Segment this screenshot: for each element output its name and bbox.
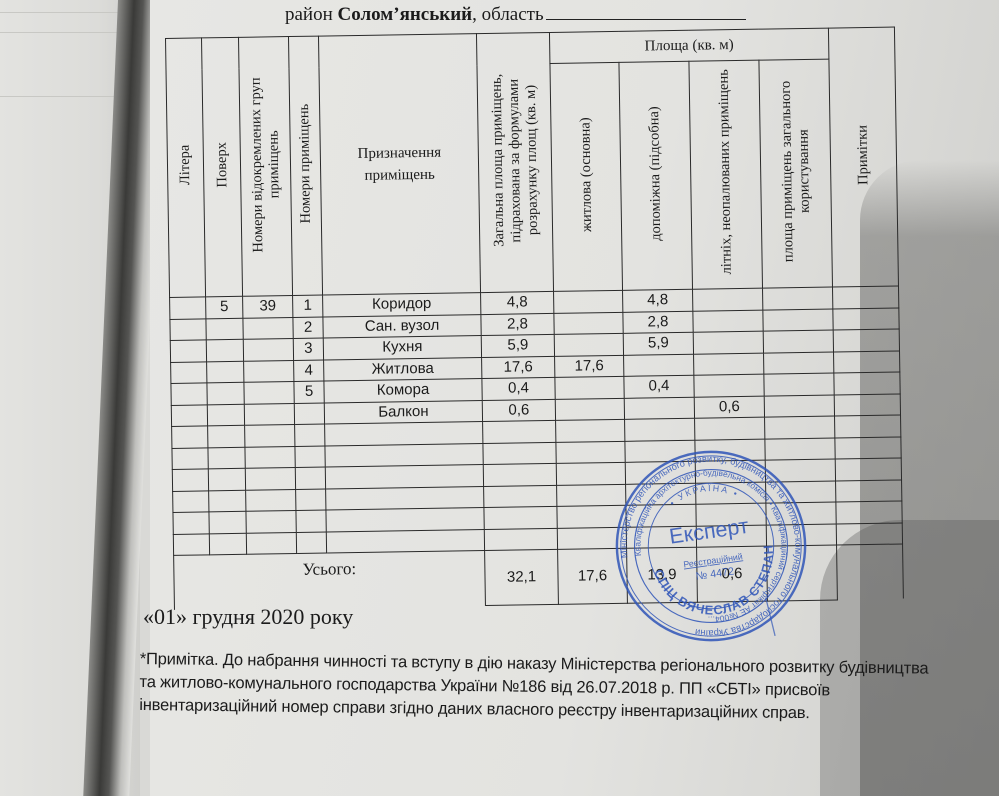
totals-auxiliary: 13,9 [627,547,698,603]
cell-liter [170,340,206,362]
col-header-total-area: Загальна площа приміщень, підрахована за… [476,32,553,292]
col-header-auxiliary: допоміжна (підсобна) [619,61,693,290]
cell-total: 0,4 [482,377,555,400]
cell-liter [171,361,207,383]
cell-total: 2,8 [481,313,554,336]
cell-floor [208,447,245,469]
cell-total [484,528,557,551]
col-header-group-numbers: Номери відокремлених груп приміщень [238,37,292,297]
cell-floor [209,490,246,512]
cell-total: 17,6 [482,356,555,379]
cell-summer [696,525,766,548]
cell-common [766,502,836,525]
cell-living [556,462,625,485]
cell-living [555,398,624,421]
cell-notes [833,329,899,352]
col-header-summer: літніх, неопалюваних приміщень [689,60,763,289]
cell-living [554,290,623,313]
cell-group [243,339,293,361]
cell-floor [209,533,246,555]
cell-summer [694,353,764,376]
cell-common [764,352,834,375]
cell-room: 2 [293,317,323,339]
faint-rule [0,32,130,33]
cell-common [765,459,835,482]
cell-room: 5 [294,381,324,403]
cell-purpose [325,465,483,489]
cell-purpose: Комора [324,379,482,403]
district-header: район Солом’янський, область [285,4,746,26]
cell-notes [836,522,902,545]
cell-purpose: Сан. вузол [323,314,481,338]
cell-total [484,485,557,508]
cell-room [294,403,324,425]
cell-liter [172,426,208,448]
cell-common [765,438,835,461]
cell-summer: 0,6 [694,396,764,419]
cell-notes [835,458,901,481]
cell-liter [170,297,206,319]
cell-floor [207,361,244,383]
cell-living [556,441,625,464]
cell-purpose: Коридор [323,293,481,317]
cell-living [555,376,624,399]
district-name: Солом’янський [338,4,473,25]
cell-room: 4 [294,360,324,382]
cell-group [243,317,293,339]
cell-living [554,312,623,335]
col-header-purpose: Призначення приміщень [318,34,480,295]
cell-group: 39 [243,296,293,318]
cell-liter [172,469,208,491]
cell-auxiliary: 4,8 [623,289,693,312]
cell-summer [694,374,764,397]
faint-rule [0,12,130,13]
totals-living: 17,6 [558,548,628,604]
cell-group [246,489,296,511]
cell-auxiliary: 5,9 [623,332,693,355]
cell-auxiliary [626,504,696,527]
cell-auxiliary [625,418,695,441]
table-body: 5391Коридор4,84,82Сан. вузол2,82,83Кухня… [170,286,903,555]
cell-common [763,330,833,353]
cell-purpose [326,486,484,510]
cell-liter [171,404,207,426]
cell-auxiliary [625,440,695,463]
cell-group [245,425,295,447]
cell-total [483,463,556,486]
cell-common [765,416,835,439]
cell-liter [171,383,207,405]
cell-room [296,489,326,511]
cell-notes [832,286,898,309]
cell-purpose [325,422,483,446]
cell-common [766,524,836,547]
faint-rule [0,96,130,97]
cell-floor [209,511,246,533]
cell-total: 4,8 [481,291,554,314]
col-header-notes: Примітки [828,27,898,287]
region-blank [546,5,746,20]
cell-auxiliary: 2,8 [623,311,693,334]
cell-notes [834,351,900,374]
cell-floor: 5 [206,296,243,318]
cell-group [244,360,294,382]
cell-summer [693,288,763,311]
cell-living [557,484,626,507]
totals-label: Усього: [174,551,486,610]
cell-common [764,395,834,418]
cell-notes [835,415,901,438]
cell-common [764,373,834,396]
cell-auxiliary [626,526,696,549]
cell-living [557,505,626,528]
cell-auxiliary: 0,4 [624,375,694,398]
cell-room [295,446,325,468]
col-header-living: житлова (основна) [550,62,623,291]
cell-group [244,403,294,425]
cell-auxiliary [625,461,695,484]
footnote: *Примітка. До набрання чинності та вступ… [139,648,930,727]
cell-room: 1 [293,295,323,317]
cell-purpose: Житлова [324,357,482,381]
cell-floor [206,339,243,361]
cell-living [554,333,623,356]
cell-summer [695,460,765,483]
cell-common [763,287,833,310]
cell-auxiliary [624,397,694,420]
cell-liter [172,447,208,469]
totals-summer: 0,6 [697,546,768,602]
cell-total [484,506,557,529]
cell-notes [834,393,900,416]
cell-summer [695,417,765,440]
document-date: «01» грудня 2020 року [143,604,353,630]
col-header-common: площа приміщень загального користування [759,59,833,288]
cell-auxiliary [626,483,696,506]
cell-common [766,481,836,504]
cell-living [556,419,625,442]
cell-floor [207,382,244,404]
cell-room [295,424,325,446]
cell-notes [833,308,899,331]
col-header-liter: Літера [166,38,206,298]
totals-notes [837,544,904,600]
cell-notes [836,501,902,524]
cell-liter [170,318,206,340]
cell-floor [206,318,243,340]
cell-purpose [325,443,483,467]
cell-summer [693,310,763,333]
cell-group [245,446,295,468]
cell-common [763,309,833,332]
cell-total [483,442,556,465]
totals-total-area: 32,1 [485,549,559,605]
totals-row: Усього: 32,1 17,6 13,9 0,6 [174,544,904,610]
cell-group [246,532,296,554]
cell-total: 0,6 [482,399,555,422]
cell-room [296,532,326,554]
cell-group [245,468,295,490]
room-inventory-table-wrap: Літера Поверх Номери відокремлених груп … [165,27,904,611]
cell-auxiliary [624,354,694,377]
cell-room [295,467,325,489]
cell-floor [207,404,244,426]
cell-group [246,511,296,533]
col-header-room-numbers: Номери приміщень [288,36,322,295]
col-header-floor: Поверх [202,37,243,297]
cell-purpose [326,508,484,532]
cell-room: 3 [293,338,323,360]
cell-notes [835,436,901,459]
totals-common [767,545,838,601]
cell-liter [173,533,209,555]
cell-notes [836,479,902,502]
cell-floor [208,425,245,447]
cell-total: 5,9 [481,334,554,357]
cell-living [557,527,626,550]
cell-notes [834,372,900,395]
cell-floor [208,468,245,490]
cell-summer [695,439,765,462]
cell-summer [696,482,766,505]
cell-total [483,420,556,443]
district-prefix: район [285,4,333,25]
cell-living: 17,6 [555,355,624,378]
cell-purpose: Кухня [323,336,481,360]
cell-room [296,510,326,532]
cell-purpose: Балкон [324,400,482,424]
cell-liter [173,512,209,534]
cell-purpose [326,529,484,553]
cell-group [244,382,294,404]
cell-summer [693,331,763,354]
region-label: , область [472,4,544,25]
cell-summer [696,503,766,526]
cell-liter [173,490,209,512]
col-header-area-group: Площа (кв. м) [549,28,828,63]
room-inventory-table: Літера Поверх Номери відокремлених груп … [165,27,904,611]
